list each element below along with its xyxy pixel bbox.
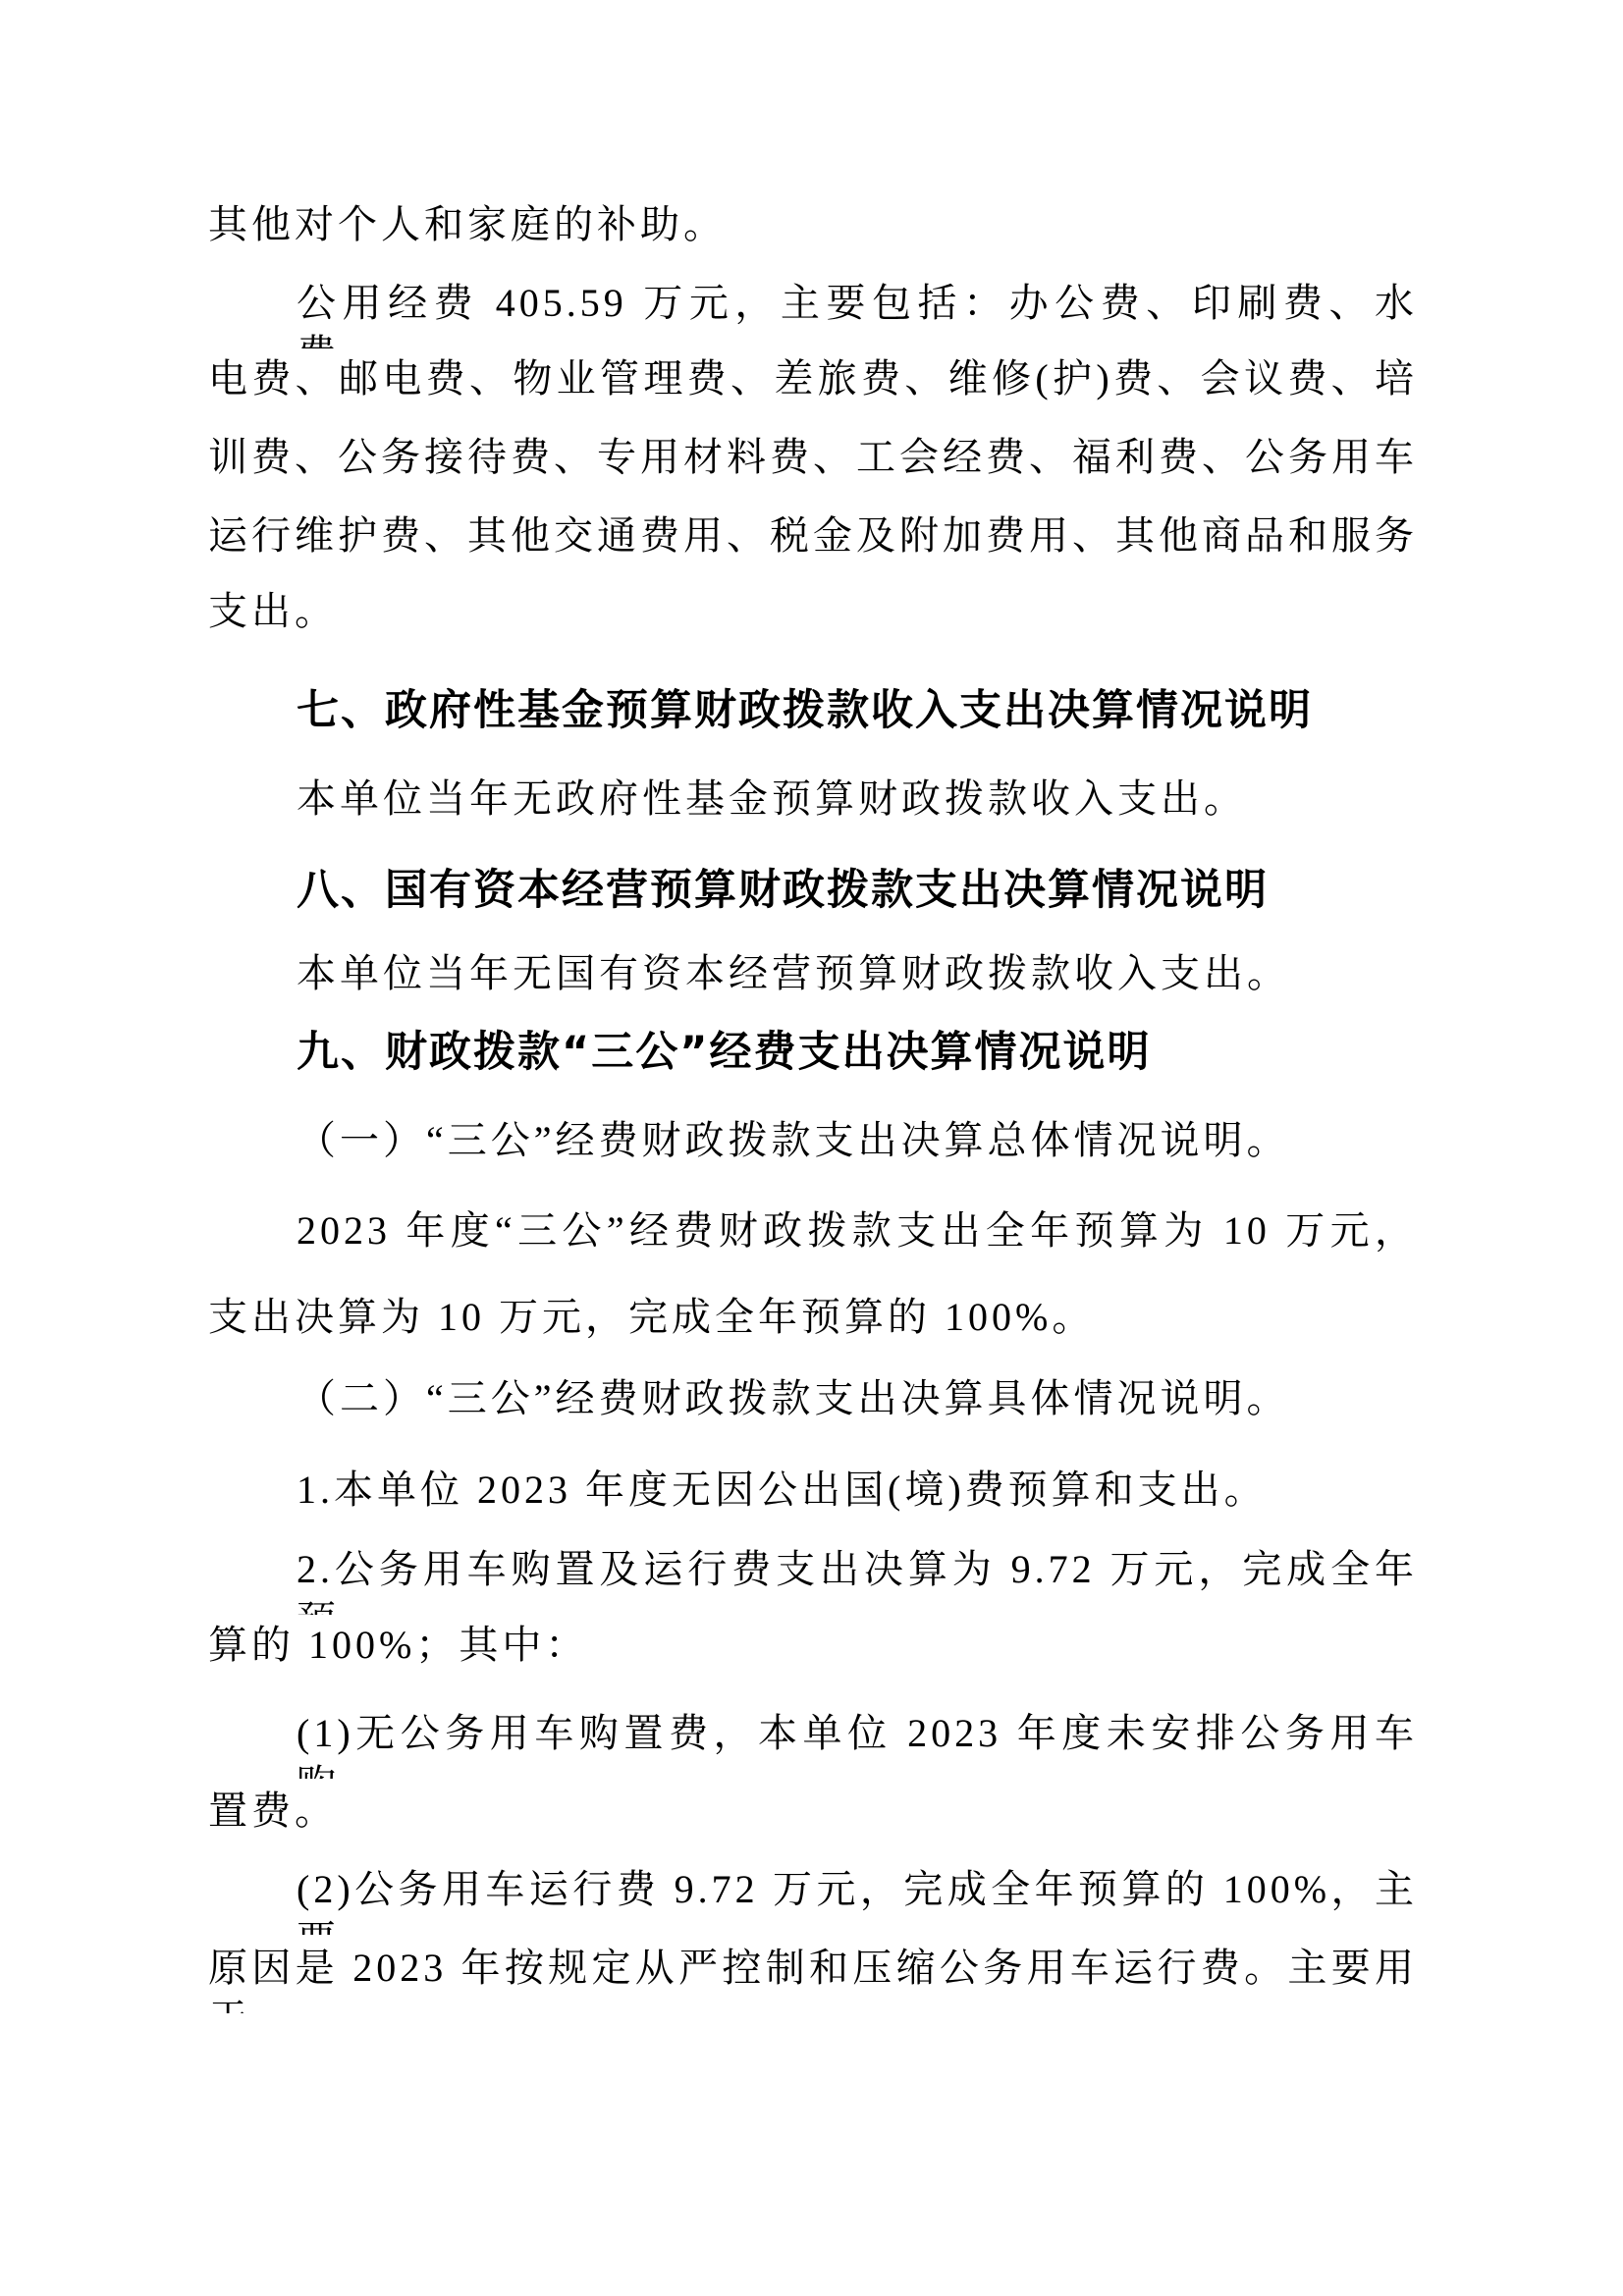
paragraph-line: 其他对个人和家庭的补助。 [208,199,1418,270]
paragraph-line: 支出决算为 10 万元，完成全年预算的 100%。 [208,1292,1418,1362]
paragraph-line: 原因是 2023 年按规定从严控制和压缩公务用车运行费。主要用于 [208,1943,1418,2013]
sub-heading-overall: （一）“三公”经费财政拨款支出决算总体情况说明。 [208,1115,1418,1186]
heading-three-public-expense: 九、财政拨款“三公”经费支出决算情况说明 [208,1026,1418,1096]
paragraph-line: 1.本单位 2023 年度无因公出国(境)费预算和支出。 [208,1465,1418,1535]
paragraph-line: (2)公务用车运行费 9.72 万元，完成全年预算的 100%，主要 [208,1864,1418,1935]
paragraph-line: 公用经费 405.59 万元，主要包括：办公费、印刷费、水费、 [208,278,1418,348]
paragraph-line: 运行维护费、其他交通费用、税金及附加费用、其他商品和服务 [208,510,1418,581]
paragraph-line: 置费。 [208,1786,1418,1856]
paragraph-line: 本单位当年无国有资本经营预算财政拨款收入支出。 [208,948,1418,1019]
heading-gov-fund-budget: 七、政府性基金预算财政拨款收入支出决算情况说明 [208,684,1418,755]
paragraph-line: 本单位当年无政府性基金预算财政拨款收入支出。 [208,774,1418,844]
paragraph-line: (1)无公务用车购置费，本单位 2023 年度未安排公务用车购 [208,1708,1418,1779]
paragraph-line: 训费、公务接待费、专用材料费、工会经费、福利费、公务用车 [208,432,1418,503]
paragraph-line: 电费、邮电费、物业管理费、差旅费、维修(护)费、会议费、培 [208,353,1418,424]
sub-heading-specific: （二）“三公”经费财政拨款支出决算具体情况说明。 [208,1373,1418,1444]
document-page: 其他对个人和家庭的补助。 公用经费 405.59 万元，主要包括：办公费、印刷费… [0,0,1623,2296]
paragraph-line: 2023 年度“三公”经费财政拨款支出全年预算为 10 万元， [208,1205,1418,1276]
paragraph-line: 支出。 [208,586,1418,657]
paragraph-line: 算的 100%；其中： [208,1620,1418,1690]
heading-state-capital-budget: 八、国有资本经营预算财政拨款支出决算情况说明 [208,864,1418,934]
paragraph-line: 2.公务用车购置及运行费支出决算为 9.72 万元，完成全年预 [208,1544,1418,1615]
